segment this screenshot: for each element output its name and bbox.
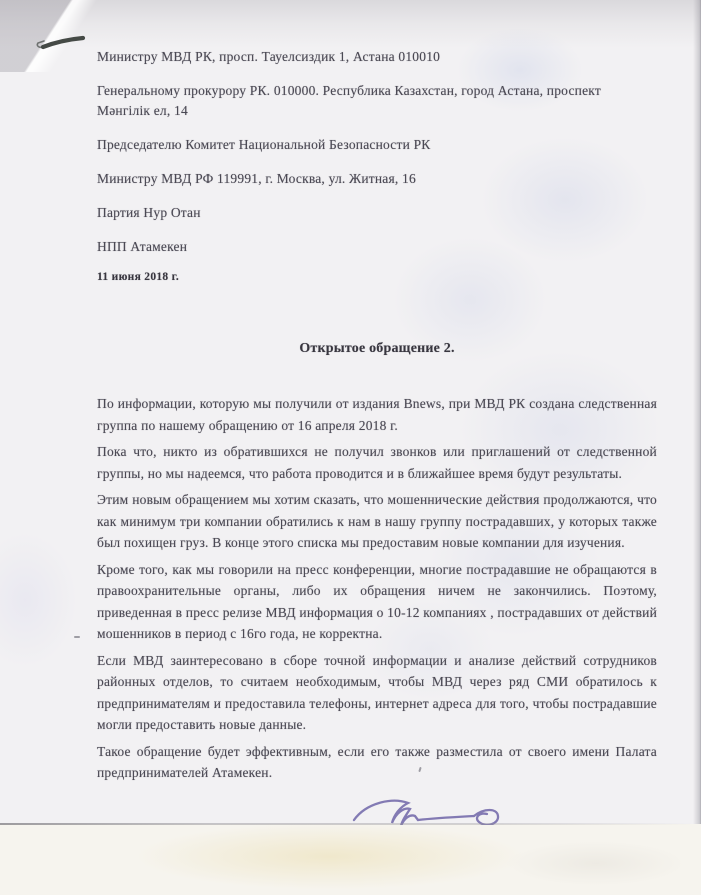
paragraph: Пока что, никто из обратившихся не получ… <box>97 441 657 484</box>
recipient-line: Генеральному прокурору РК. 010000. Респу… <box>97 81 657 121</box>
letter-date: 11 июня 2018 г. <box>97 271 657 283</box>
paragraph: Кроме того, как мы говорили на пресс кон… <box>97 559 657 645</box>
paragraph: Если МВД заинтересовано в сборе точной и… <box>97 650 657 736</box>
recipient-line: НПП Атамекен <box>97 237 657 257</box>
scan-speck <box>74 636 80 638</box>
letter-page: Министру МВД РК, просп. Тауелсиздик 1, А… <box>0 0 701 824</box>
recipient-line: Председателю Комитет Национальной Безопа… <box>97 135 657 155</box>
paragraph: Этим новым обращением мы хотим сказать, … <box>97 489 657 554</box>
paragraph: По информации, которую мы получили от из… <box>97 393 657 436</box>
scanned-letter: Министру МВД РК, просп. Тауелсиздик 1, А… <box>0 0 701 895</box>
recipient-line: Министру МВД РФ 119991, г. Москва, ул. Ж… <box>97 169 657 189</box>
letter-title: Открытое обращение 2. <box>97 341 657 357</box>
pen-mark-icon <box>30 28 94 56</box>
recipient-line: Партия Нур Отан <box>97 203 657 223</box>
letter-body: Министру МВД РК, просп. Тауелсиздик 1, А… <box>97 0 657 789</box>
surface-stain <box>0 825 701 895</box>
paragraph: Такое обращение будет эффективным, если … <box>97 741 657 784</box>
underlying-surface <box>0 825 701 895</box>
recipient-line: Министру МВД РК, просп. Тауелсиздик 1, А… <box>97 47 657 67</box>
